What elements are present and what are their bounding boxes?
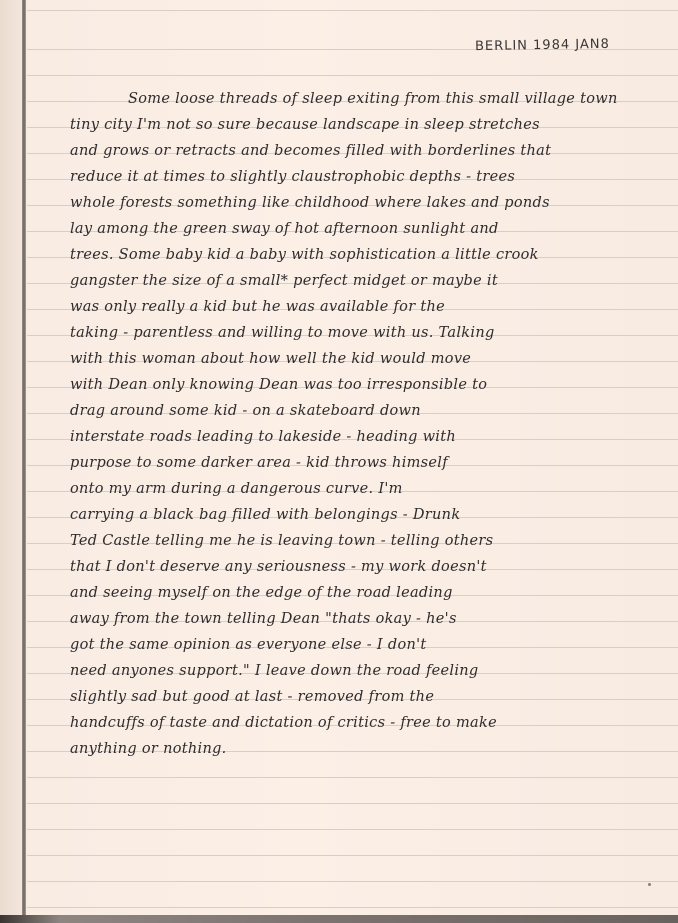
handwritten-line: away from the town telling Dean "thats o… (70, 606, 670, 632)
paper-speck (648, 883, 651, 886)
handwritten-line: and grows or retracts and becomes filled… (70, 138, 670, 164)
page-bottom-edge (0, 915, 678, 923)
handwritten-line: gangster the size of a small* perfect mi… (70, 268, 670, 294)
handwritten-line: handcuffs of taste and dictation of crit… (70, 710, 670, 736)
handwritten-line: slightly sad but good at last - removed … (70, 684, 670, 710)
handwritten-line: need anyones support." I leave down the … (70, 658, 670, 684)
handwritten-line: reduce it at times to slightly claustrop… (70, 164, 670, 190)
handwritten-line: lay among the green sway of hot afternoo… (70, 216, 670, 242)
handwritten-line: with this woman about how well the kid w… (70, 346, 670, 372)
handwritten-line: with Dean only knowing Dean was too irre… (70, 372, 670, 398)
handwritten-line: taking - parentless and willing to move … (70, 320, 670, 346)
handwritten-line: interstate roads leading to lakeside - h… (70, 424, 670, 450)
notebook-spine (22, 0, 26, 915)
entry-date-header: BERLIN 1984 JAN8 (475, 37, 610, 54)
page-left-margin (0, 0, 22, 923)
handwritten-line: got the same opinion as everyone else - … (70, 632, 670, 658)
handwritten-line: purpose to some darker area - kid throws… (70, 450, 670, 476)
handwritten-line: onto my arm during a dangerous curve. I'… (70, 476, 670, 502)
handwritten-line: anything or nothing. (70, 736, 670, 762)
journal-entry-text: Some loose threads of sleep exiting from… (70, 86, 670, 762)
handwritten-line: drag around some kid - on a skateboard d… (70, 398, 670, 424)
handwritten-line: was only really a kid but he was availab… (70, 294, 670, 320)
notebook-page: BERLIN 1984 JAN8 Some loose threads of s… (0, 0, 678, 923)
handwritten-line: tiny city I'm not so sure because landsc… (70, 112, 670, 138)
handwritten-line: that I don't deserve any seriousness - m… (70, 554, 670, 580)
handwritten-line: Ted Castle telling me he is leaving town… (70, 528, 670, 554)
handwritten-line: Some loose threads of sleep exiting from… (70, 86, 670, 112)
handwritten-line: trees. Some baby kid a baby with sophist… (70, 242, 670, 268)
handwritten-line: and seeing myself on the edge of the roa… (70, 580, 670, 606)
handwritten-line: carrying a black bag filled with belongi… (70, 502, 670, 528)
handwritten-line: whole forests something like childhood w… (70, 190, 670, 216)
